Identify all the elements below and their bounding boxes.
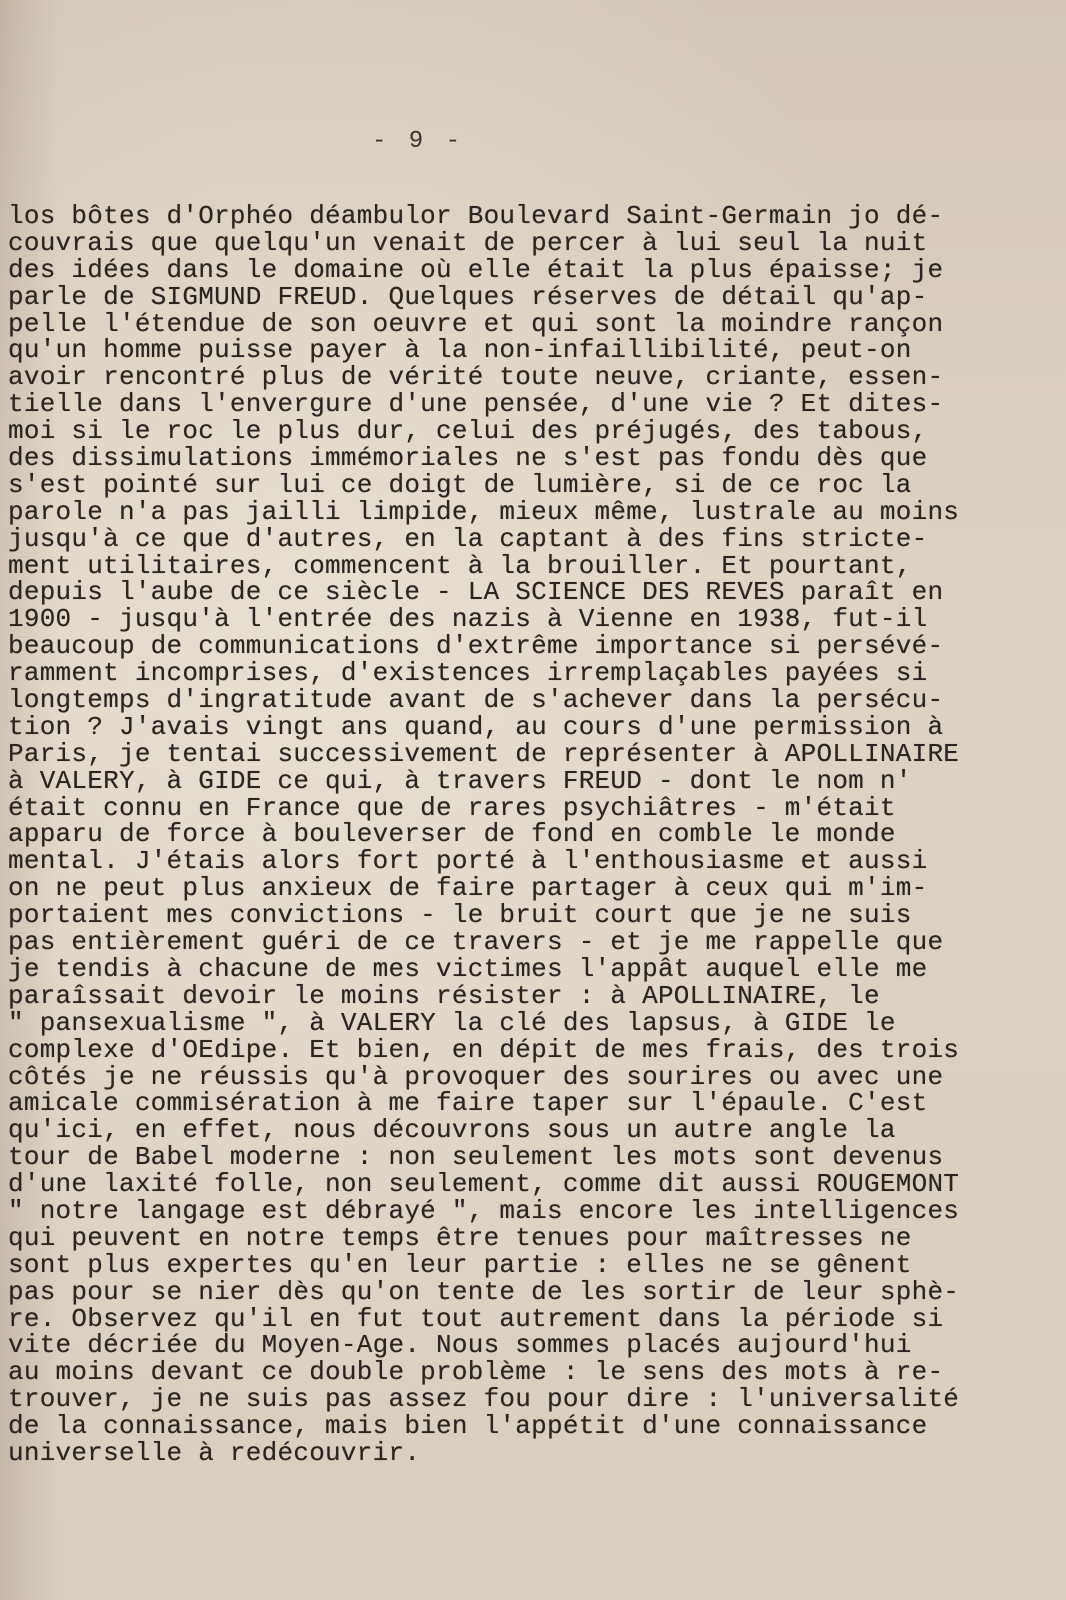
text-line: pas entièrement guéri de ce travers - et… xyxy=(8,929,959,956)
text-line: qu'ici, en effet, nous découvrons sous u… xyxy=(8,1117,959,1144)
text-line: beaucoup de communications d'extrême imp… xyxy=(8,633,959,660)
text-line: qu'un homme puisse payer à la non-infail… xyxy=(8,337,959,364)
text-line: couvrais que quelqu'un venait de percer … xyxy=(8,230,959,257)
text-line: portaient mes convictions - le bruit cou… xyxy=(8,902,959,929)
text-line: on ne peut plus anxieux de faire partage… xyxy=(8,875,959,902)
text-line: était connu en France que de rares psych… xyxy=(8,795,959,822)
text-line: moi si le roc le plus dur, celui des pré… xyxy=(8,418,959,445)
text-line: sont plus expertes qu'en leur partie : e… xyxy=(8,1252,959,1279)
text-line: à VALERY, à GIDE ce qui, à travers FREUD… xyxy=(8,768,959,795)
text-line: complexe d'OEdipe. Et bien, en dépit de … xyxy=(8,1037,959,1064)
text-line: " pansexualisme ", à VALERY la clé des l… xyxy=(8,1010,959,1037)
text-line: je tendis à chacune de mes victimes l'ap… xyxy=(8,956,959,983)
text-line: depuis l'aube de ce siècle - LA SCIENCE … xyxy=(8,579,959,606)
text-line: longtemps d'ingratitude avant de s'achev… xyxy=(8,687,959,714)
text-line: mental. J'étais alors fort porté à l'ent… xyxy=(8,848,959,875)
text-line: des dissimulations immémoriales ne s'est… xyxy=(8,445,959,472)
text-line: tielle dans l'envergure d'une pensée, d'… xyxy=(8,391,959,418)
text-line: amicale commisération à me faire taper s… xyxy=(8,1090,959,1117)
text-line: au moins devant ce double problème : le … xyxy=(8,1359,959,1386)
text-line: 1900 - jusqu'à l'entrée des nazis à Vien… xyxy=(8,606,959,633)
text-line: tour de Babel moderne : non seulement le… xyxy=(8,1144,959,1171)
text-line: paraîssait devoir le moins résister : à … xyxy=(8,983,959,1010)
page-number: - 9 - xyxy=(372,128,464,155)
text-line: parole n'a pas jailli limpide, mieux mêm… xyxy=(8,499,959,526)
text-line: pelle l'étendue de son oeuvre et qui son… xyxy=(8,311,959,338)
text-line: s'est pointé sur lui ce doigt de lumière… xyxy=(8,472,959,499)
text-line: los bôtes d'Orphéo déambulor Boulevard S… xyxy=(8,203,959,230)
text-line: avoir rencontré plus de vérité toute neu… xyxy=(8,364,959,391)
typewritten-page: - 9 - los bôtes d'Orphéo déambulor Boule… xyxy=(0,0,1066,1600)
text-line: des idées dans le domaine où elle était … xyxy=(8,257,959,284)
text-line: Paris, je tentai successivement de repré… xyxy=(8,741,959,768)
text-line: apparu de force à bouleverser de fond en… xyxy=(8,821,959,848)
text-line: ment utilitaires, commencent à la brouil… xyxy=(8,553,959,580)
text-line: tion ? J'avais vingt ans quand, au cours… xyxy=(8,714,959,741)
text-line: universelle à redécouvrir. xyxy=(8,1440,959,1467)
text-line: jusqu'à ce que d'autres, en la captant à… xyxy=(8,526,959,553)
text-line: re. Observez qu'il en fut tout autrement… xyxy=(8,1306,959,1333)
text-line: trouver, je ne suis pas assez fou pour d… xyxy=(8,1386,959,1413)
text-line: d'une laxité folle, non seulement, comme… xyxy=(8,1171,959,1198)
text-line: pas pour se nier dès qu'on tente de les … xyxy=(8,1279,959,1306)
text-line: de la connaissance, mais bien l'appétit … xyxy=(8,1413,959,1440)
text-line: parle de SIGMUND FREUD. Quelques réserve… xyxy=(8,284,959,311)
text-line: côtés je ne réussis qu'à provoquer des s… xyxy=(8,1064,959,1091)
text-line: ramment incomprises, d'existences irremp… xyxy=(8,660,959,687)
text-line: " notre langage est débrayé ", mais enco… xyxy=(8,1198,959,1225)
body-text: los bôtes d'Orphéo déambulor Boulevard S… xyxy=(8,203,959,1467)
text-line: vite décriée du Moyen-Age. Nous sommes p… xyxy=(8,1332,959,1359)
text-line: qui peuvent en notre temps être tenues p… xyxy=(8,1225,959,1252)
